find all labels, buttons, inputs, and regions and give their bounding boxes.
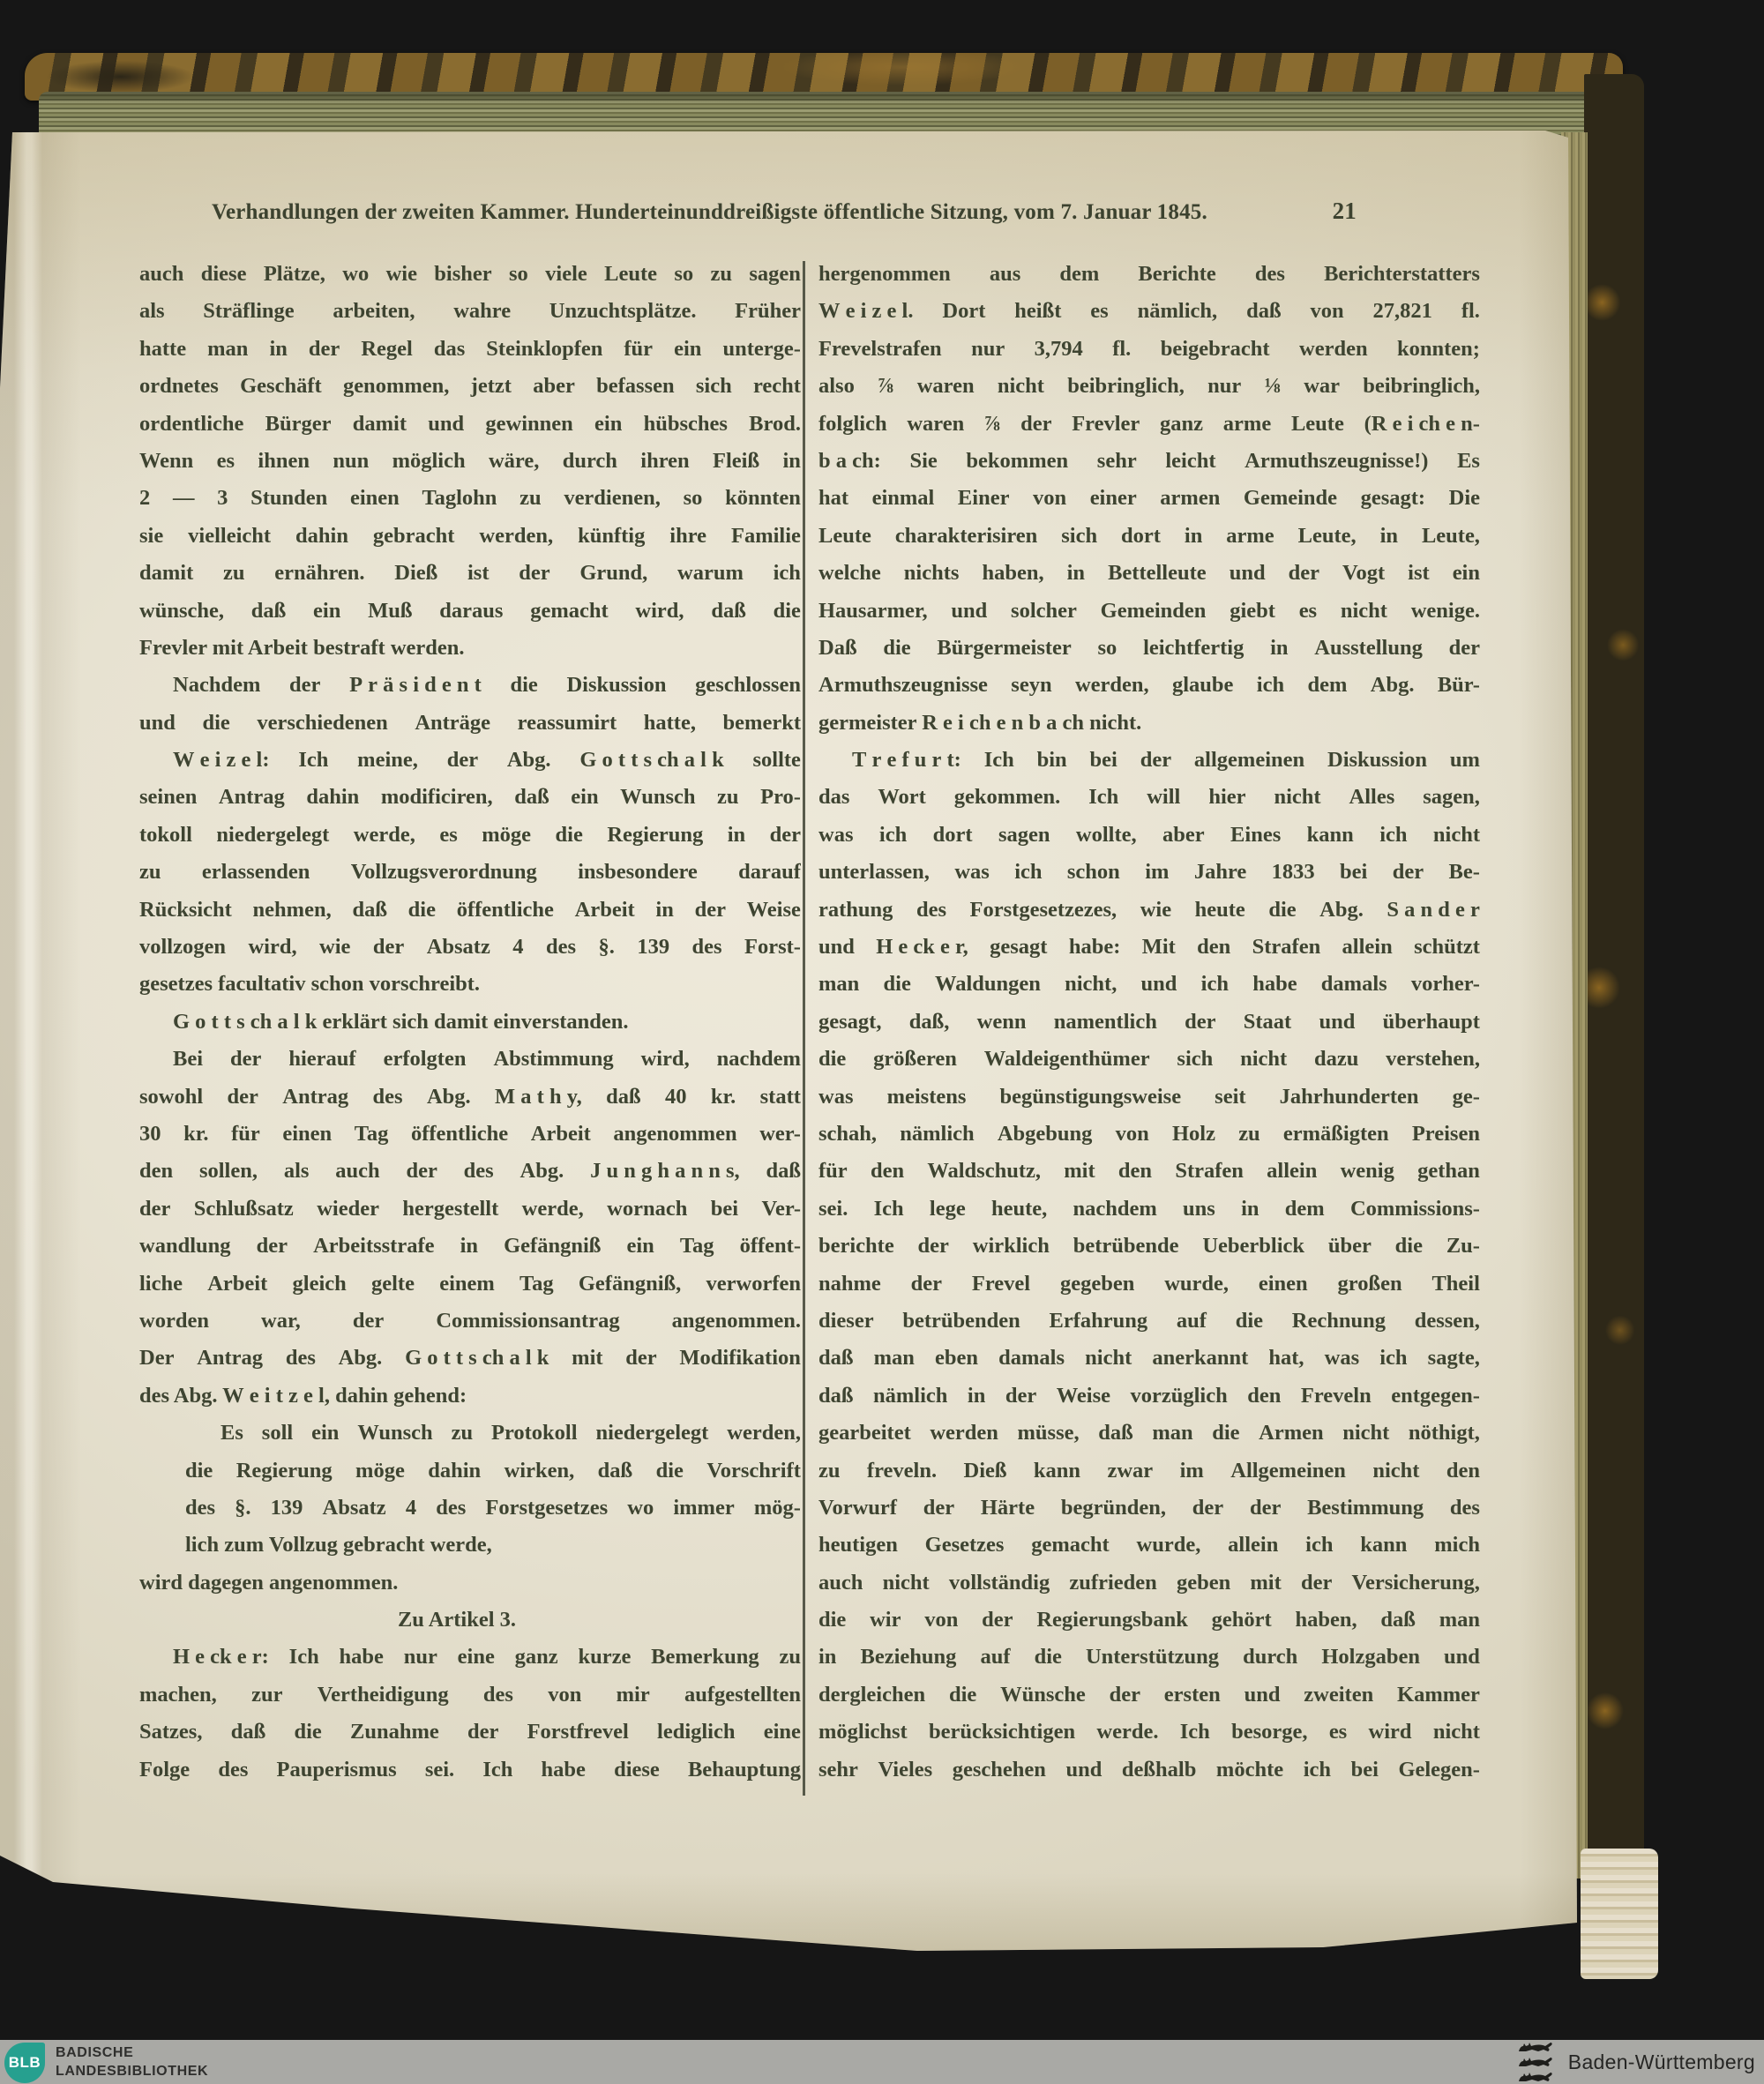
text-line: daßnämlichinderWeisevorzüglichdenFreveln…: [818, 1378, 1480, 1415]
text-line: FolgedesPauperismussei.IchhabedieseBehau…: [139, 1752, 801, 1789]
running-head-title: Verhandlungen der zweiten Kammer. Hunder…: [212, 200, 1207, 225]
text-line: inBeziehungaufdieUnterstützungdurchHolzg…: [818, 1639, 1480, 1676]
text-line: damitzuernähren.DießistderGrund,warumich: [139, 555, 801, 592]
text-line: sievielleichtdahingebrachtwerden,künftig…: [139, 518, 801, 555]
page-stack-top-edge: [39, 92, 1589, 136]
text-line: DaßdieBürgermeistersoleichtfertiginAusst…: [818, 630, 1480, 667]
text-line: dergleichendieWünschedererstenundzweiten…: [818, 1677, 1480, 1714]
text-line: diegrößerenWaldeigenthümersichnichtdazuv…: [818, 1041, 1480, 1078]
text-line: EssolleinWunschzuProtokollniedergelegtwe…: [139, 1415, 801, 1452]
text-line: VorwurfderHärtebegründen,derderBestimmun…: [818, 1490, 1480, 1527]
library-branding: BLB BADISCHE LANDESBIBLIOTHEK: [0, 2040, 208, 2084]
text-line: wasmeistensbegünstigungsweiseseitJahrhun…: [818, 1079, 1480, 1116]
text-line: Armuthszeugnisseseynwerden,glaubeichdemA…: [818, 667, 1480, 704]
text-line: b a ch:SiebekommensehrleichtArmuthszeugn…: [818, 443, 1480, 480]
text-line: unterlassen,wasichschonimJahre1833beider…: [818, 854, 1480, 891]
text-line: Hausarmer,undsolcherGemeindengiebtesnich…: [818, 593, 1480, 630]
text-line: vollzogenwird,wiederAbsatz4des§.139desFo…: [139, 929, 801, 966]
text-line: derSchlußsatzwiederhergestelltwerde,worn…: [139, 1191, 801, 1228]
text-line: daßmanebendamalsnichtanerkannthat,wasich…: [818, 1340, 1480, 1377]
column-divider-rule: [803, 261, 805, 1796]
book-cover-right-edge: [1584, 74, 1644, 1977]
text-line: schah,nämlichAbgebungvonHolzzuermäßigten…: [818, 1116, 1480, 1153]
page-stack-bottom-corner: [1581, 1849, 1658, 1979]
text-line: H e ck e r:IchhabenureineganzkurzeBemerk…: [139, 1639, 801, 1676]
text-line: ordentlicheBürgerdamitundgewinneneinhübs…: [139, 406, 801, 443]
text-line: welchenichtshaben,inBettelleuteundderVog…: [818, 555, 1480, 592]
text-line: W e i z e l:Ichmeine,derAbg.G o t t s ch…: [139, 742, 801, 779]
text-line: nahmederFrevelgegebenwurde,einengroßenTh…: [818, 1266, 1480, 1303]
text-line: ordnetesGeschäftgenommen,jetztaberbefass…: [139, 368, 801, 405]
text-line: sei.Ichlegeheute,nachdemunsindemCommissi…: [818, 1191, 1480, 1228]
text-line: Wennesihnennunmöglichwäre,durchihrenFlei…: [139, 443, 801, 480]
text-line: Frevler mit Arbeit bestraft werden.: [139, 630, 801, 667]
text-line: fürdenWaldschutz,mitdenStrafenalleinweni…: [818, 1153, 1480, 1190]
state-branding: Baden-Württemberg: [1517, 2040, 1755, 2084]
library-name-line1: BADISCHE: [56, 2043, 208, 2062]
screenshot-root: { "colors":{ "background":"#161616", "pa…: [0, 0, 1764, 2084]
text-line: des Abg. W e i t z e l, dahin gehend:: [139, 1378, 801, 1415]
text-line: lich zum Vollzug gebracht werde,: [139, 1527, 801, 1564]
blb-logo-acronym: BLB: [9, 2054, 41, 2072]
text-line: LeutecharakterisirensichdortinarmeLeute,…: [818, 518, 1480, 555]
text-line: machen,zurVertheidigungdesvonmiraufgeste…: [139, 1677, 801, 1714]
text-line: möglichstberücksichtigenwerde.Ichbesorge…: [818, 1714, 1480, 1751]
text-line: dasWortgekommen.IchwillhiernichtAllessag…: [818, 779, 1480, 816]
text-line: heutigenGesetzesgemachtwurde,alleinichka…: [818, 1527, 1480, 1564]
text-line: rathungdesForstgesetzezes,wieheutedieAbg…: [818, 892, 1480, 929]
text-line: densollen,alsauchderdesAbg.J u n g h a n…: [139, 1153, 801, 1190]
left-text-column: auchdiesePlätze,wowiebishersovieleLeutes…: [139, 256, 801, 1795]
text-line: gesetzes facultativ schon vorschreibt.: [139, 966, 801, 1003]
text-line: auchdiesePlätze,wowiebishersovieleLeutes…: [139, 256, 801, 293]
text-line: seinenAntragdahinmodificiren,daßeinWunsc…: [139, 779, 801, 816]
text-line: alsSträflingearbeiten,wahreUnzuchtsplätz…: [139, 293, 801, 330]
text-line: des§.139Absatz4desForstgesetzeswoimmermö…: [139, 1490, 801, 1527]
text-line: auchnichtvollständigzufriedengebenmitder…: [818, 1565, 1480, 1602]
text-line: sowohlderAntragdesAbg.M a t h y,daß40kr.…: [139, 1079, 801, 1116]
text-line: wasichdortsagenwollte,aberEineskannichni…: [818, 817, 1480, 854]
running-head: Verhandlungen der zweiten Kammer. Hunder…: [212, 198, 1357, 225]
state-name: Baden-Württemberg: [1568, 2050, 1755, 2074]
text-line: G o t t s ch a l k erklärt sich damit ei…: [139, 1004, 801, 1041]
right-text-column: hergenommenausdemBerichtedesBerichtersta…: [818, 256, 1480, 1795]
library-footer-bar: BLB BADISCHE LANDESBIBLIOTHEK Baden-Würt…: [0, 2040, 1764, 2084]
text-line: zuerlassendenVollzugsverordnunginsbesond…: [139, 854, 801, 891]
text-line: Satzes,daßdieZunahmederForstfrevelledigl…: [139, 1714, 801, 1751]
text-line: mandieWaldungennicht,undichhabedamalsvor…: [818, 966, 1480, 1003]
baden-wuerttemberg-coat-of-arms-icon: [1517, 2042, 1556, 2083]
text-line: wordenwar,derCommissionsantragangenommen…: [139, 1303, 801, 1340]
text-line: germeister R e i ch e n b a ch nicht.: [818, 705, 1480, 742]
text-line: 30kr.füreinenTagöffentlicheArbeitangenom…: [139, 1116, 801, 1153]
text-line: diewirvonderRegierungsbankgehörthaben,da…: [818, 1602, 1480, 1639]
text-line: sehrVielesgeschehenunddeßhalbmöchteichbe…: [818, 1752, 1480, 1789]
text-line: T r e f u r t:IchbinbeiderallgemeinenDis…: [818, 742, 1480, 779]
text-line: DerAntragdesAbg.G o t t s ch a l kmitder…: [139, 1340, 801, 1377]
text-line: hattemaninderRegeldasSteinklopfenfüreinu…: [139, 331, 801, 368]
text-line: Rücksichtnehmen,daßdieöffentlicheArbeiti…: [139, 892, 801, 929]
text-line: BeiderhierauferfolgtenAbstimmungwird,nac…: [139, 1041, 801, 1078]
text-line: also⅞warennichtbeibringlich,nur⅛warbeibr…: [818, 368, 1480, 405]
page-number: 21: [1333, 198, 1357, 225]
text-line: folglichwaren⅞derFrevlerganzarmeLeute(R …: [818, 406, 1480, 443]
text-line: wird dagegen angenommen.: [139, 1565, 801, 1602]
text-line: Zu Artikel 3.: [139, 1602, 801, 1639]
text-line: dieserbetrübendenErfahrungaufdieRechnung…: [818, 1303, 1480, 1340]
text-line: hergenommenausdemBerichtedesBerichtersta…: [818, 256, 1480, 293]
text-line: gearbeitetwerdenmüsse,daßmandieArmennich…: [818, 1415, 1480, 1452]
text-line: W e i z e l.Dortheißtesnämlich,daßvon27,…: [818, 293, 1480, 330]
text-line: undH e ck e r,gesagthabe:MitdenStrafenal…: [818, 929, 1480, 966]
library-name: BADISCHE LANDESBIBLIOTHEK: [56, 2043, 208, 2080]
text-line: gesagt,daß,wennnamentlichderStaatundüber…: [818, 1004, 1480, 1041]
text-line: 2—3StundeneinenTaglohnzuverdienen,sokönn…: [139, 480, 801, 517]
text-line: zufreveln.DießkannzwarimAllgemeinennicht…: [818, 1453, 1480, 1490]
library-name-line2: LANDESBIBLIOTHEK: [56, 2062, 208, 2080]
text-line: NachdemderP r ä s i d e n tdieDiskussion…: [139, 667, 801, 704]
text-line: hateinmalEinervoneinerarmenGemeindegesag…: [818, 480, 1480, 517]
blb-logo-icon: BLB: [4, 2043, 45, 2083]
text-line: licheArbeitgleichgelteeinemTagGefängniß,…: [139, 1266, 801, 1303]
text-line: unddieverschiedenenAnträgereassumirthatt…: [139, 705, 801, 742]
text-line: wünsche,daßeinMußdarausgemachtwird,daßdi…: [139, 593, 801, 630]
text-line: wandlungderArbeitsstrafeinGefängnißeinTa…: [139, 1228, 801, 1265]
text-line: tokollniedergelegtwerde,esmögedieRegieru…: [139, 817, 801, 854]
text-line: berichtederwirklichbetrübendeUeberblickü…: [818, 1228, 1480, 1265]
text-line: Frevelstrafennur3,794fl.beigebrachtwerde…: [818, 331, 1480, 368]
text-line: dieRegierungmögedahinwirken,daßdieVorsch…: [139, 1453, 801, 1490]
